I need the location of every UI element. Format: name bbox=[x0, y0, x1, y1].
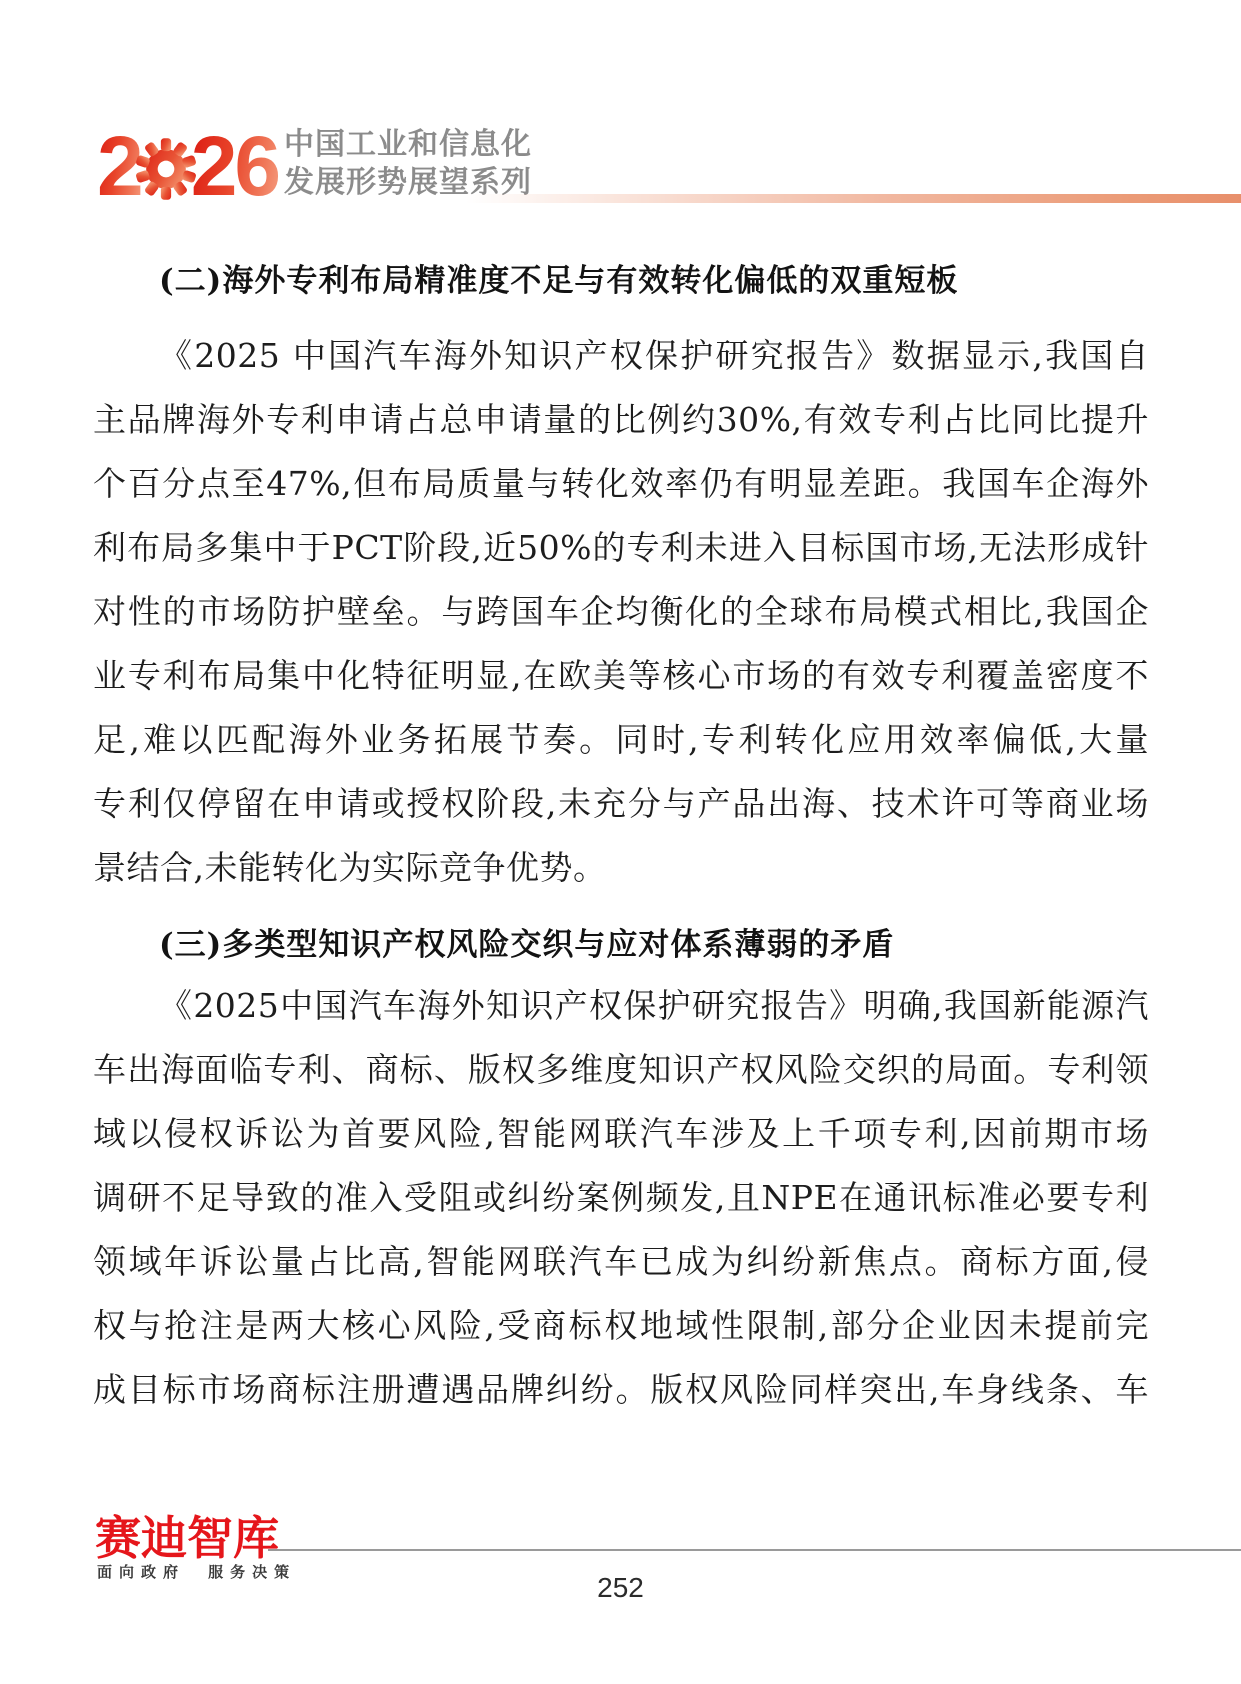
paragraph-line: 利布局多集中于PCT阶段,近50%的专利未进入目标国市场,无法形成针 bbox=[93, 516, 1149, 580]
paragraph-line: 对性的市场防护壁垒。与跨国车企均衡化的全球布局模式相比,我国企 bbox=[93, 580, 1149, 644]
paragraph-line: 成目标市场商标注册遭遇品牌纠纷。版权风险同样突出,车身线条、车 bbox=[93, 1358, 1149, 1422]
header-series-title: 中国工业和信息化 发展形势展望系列 bbox=[284, 126, 532, 202]
section-heading-2: (二)海外专利布局精准度不足与有效转化偏低的双重短板 bbox=[93, 258, 1149, 304]
footer-brand-logo: 赛迪智库 bbox=[95, 1516, 279, 1560]
paragraph-line: 景结合,未能转化为实际竞争优势。 bbox=[93, 836, 1149, 900]
paragraph-line: 《2025中国汽车海外知识产权保护研究报告》明确,我国新能源汽 bbox=[93, 974, 1149, 1038]
paragraph-line: 足,难以匹配海外业务拓展节奏。同时,专利转化应用效率偏低,大量 bbox=[93, 708, 1149, 772]
page-number: 252 bbox=[0, 1572, 1241, 1604]
paragraph-line: 权与抢注是两大核心风险,受商标权地域性限制,部分企业因未提前完 bbox=[93, 1294, 1149, 1358]
gear-icon bbox=[134, 137, 198, 201]
paragraph-line: 域以侵权诉讼为首要风险,智能网联汽车涉及上千项专利,因前期市场 bbox=[93, 1102, 1149, 1166]
paragraph-line: 个百分点至47%,但布局质量与转化效率仍有明显差距。我国车企海外专 bbox=[93, 452, 1149, 516]
section-heading-3: (三)多类型知识产权风险交织与应对体系薄弱的矛盾 bbox=[93, 922, 1149, 968]
paragraph-1: 《2025 中国汽车海外知识产权保护研究报告》数据显示,我国自 主品牌海外专利申… bbox=[93, 324, 1149, 900]
header-logo: 2 bbox=[97, 120, 278, 212]
paragraph-line: 业专利布局集中化特征明显,在欧美等核心市场的有效专利覆盖密度不 bbox=[93, 644, 1149, 708]
paragraph-line: 专利仅停留在申请或授权阶段,未充分与产品出海、技术许可等商业场 bbox=[93, 772, 1149, 836]
header-title-line1: 中国工业和信息化 bbox=[284, 126, 532, 164]
document-page: 2 bbox=[0, 0, 1241, 1684]
header-accent-line bbox=[466, 194, 1241, 203]
paragraph-line: 领域年诉讼量占比高,智能网联汽车已成为纠纷新焦点。商标方面,侵 bbox=[93, 1230, 1149, 1294]
logo-year-suffix: 26 bbox=[191, 122, 278, 210]
paragraph-2: 《2025中国汽车海外知识产权保护研究报告》明确,我国新能源汽 车出海面临专利、… bbox=[93, 974, 1149, 1422]
paragraph-line: 调研不足导致的准入受阻或纠纷案例频发,且NPE在通讯标准必要专利 bbox=[93, 1166, 1149, 1230]
paragraph-line: 主品牌海外专利申请占总申请量的比例约30%,有效专利占比同比提升12 bbox=[93, 388, 1149, 452]
document-body: (二)海外专利布局精准度不足与有效转化偏低的双重短板 《2025 中国汽车海外知… bbox=[93, 258, 1149, 1422]
paragraph-line: 车出海面临专利、商标、版权多维度知识产权风险交织的局面。专利领 bbox=[93, 1038, 1149, 1102]
paragraph-line: 《2025 中国汽车海外知识产权保护研究报告》数据显示,我国自 bbox=[93, 324, 1149, 388]
footer-divider-line bbox=[268, 1549, 1241, 1551]
